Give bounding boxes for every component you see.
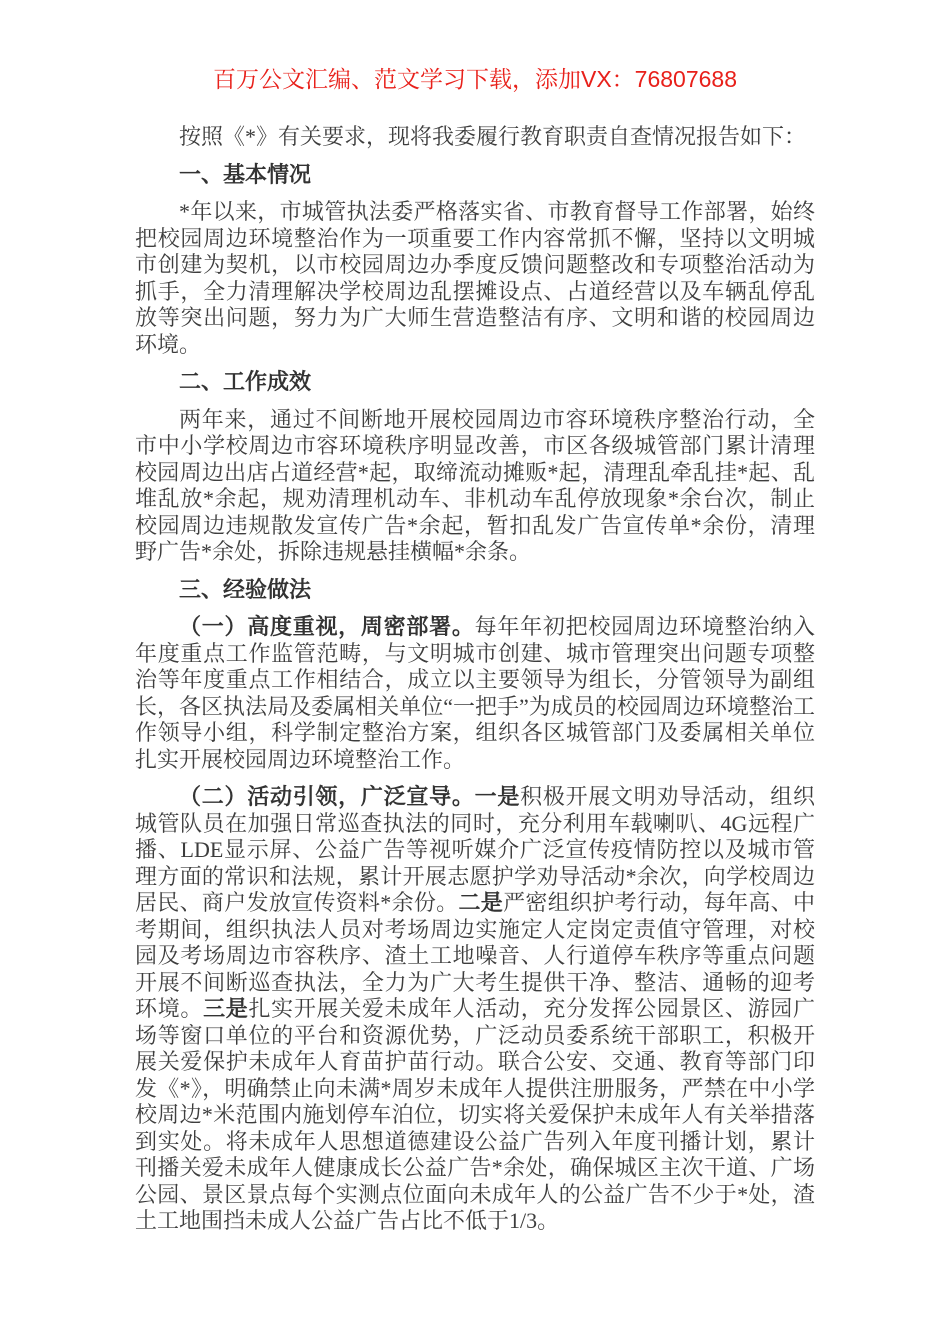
paragraph-text: 两年来，通过不间断地开展校园周边市容环境秩序整治行动，全市中小学校周边市容环境秩… bbox=[135, 407, 815, 565]
paragraph-text: 扎实开展关爱未成年人活动，充分发挥公园景区、游园广场等窗口单位的平台和资源优势，… bbox=[135, 996, 815, 1233]
document-body: 按照《*》有关要求，现将我委履行教育职责自查情况报告如下： 一、基本情况 *年以… bbox=[135, 124, 815, 1235]
document-page: 百万公文汇编、范文学习下载，添加VX：76807688 按照《*》有关要求，现将… bbox=[0, 0, 950, 1344]
list-marker-third-bold: 三是 bbox=[203, 996, 248, 1021]
section-basic-situation-paragraph: *年以来，市城管执法委严格落实省、市教育督导工作部署，始终把校园周边环境整治作为… bbox=[135, 199, 815, 358]
paragraph-lead-bold: （一）高度重视，周密部署。 bbox=[179, 614, 475, 639]
list-marker-first-bold: 一是 bbox=[475, 784, 520, 809]
promo-banner: 百万公文汇编、范文学习下载，添加VX：76807688 bbox=[0, 0, 950, 94]
paragraph-text: *年以来，市城管执法委严格落实省、市教育督导工作部署，始终把校园周边环境整治作为… bbox=[135, 199, 815, 357]
section-heading-work-results: 二、工作成效 bbox=[135, 369, 815, 396]
intro-paragraph: 按照《*》有关要求，现将我委履行教育职责自查情况报告如下： bbox=[135, 124, 815, 151]
list-marker-second-bold: 二是 bbox=[458, 890, 503, 915]
paragraph-lead-bold: （二）活动引领，广泛宣导。 bbox=[179, 784, 475, 809]
experience-paragraph-1: （一）高度重视，周密部署。每年年初把校园周边环境整治纳入年度重点工作监管范畴，与… bbox=[135, 614, 815, 773]
section-heading-experience-practices: 三、经验做法 bbox=[135, 577, 815, 604]
section-work-results-paragraph: 两年来，通过不间断地开展校园周边市容环境秩序整治行动，全市中小学校周边市容环境秩… bbox=[135, 407, 815, 566]
promo-text[interactable]: 百万公文汇编、范文学习下载，添加VX：76807688 bbox=[213, 66, 737, 92]
experience-paragraph-2: （二）活动引领，广泛宣导。一是积极开展文明劝导活动，组织城管队员在加强日常巡查执… bbox=[135, 784, 815, 1235]
intro-text: 按照《*》有关要求，现将我委履行教育职责自查情况报告如下： bbox=[179, 124, 806, 149]
section-heading-basic-situation: 一、基本情况 bbox=[135, 162, 815, 189]
